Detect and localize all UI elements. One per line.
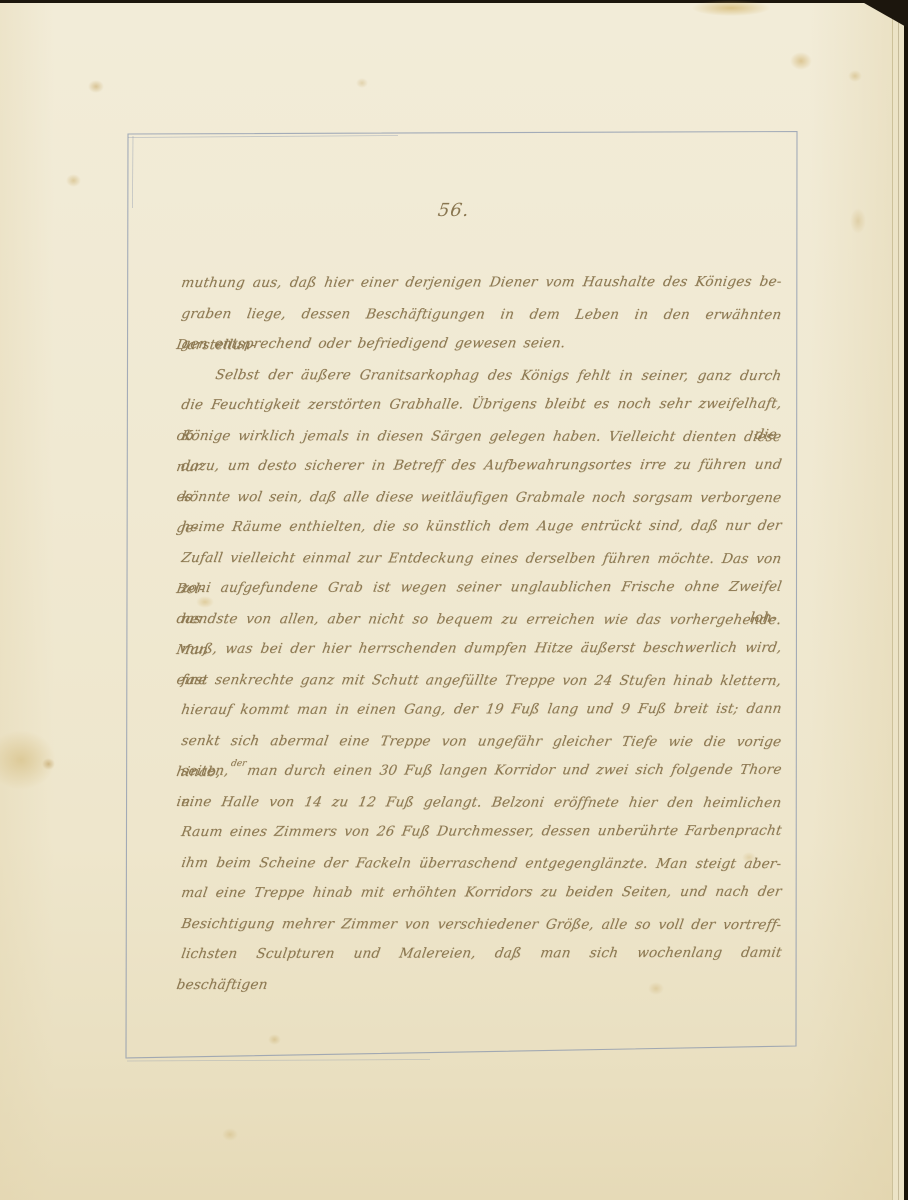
manuscript-line: heime Räume enthielten, die so künstlich… <box>179 511 784 543</box>
manuscript-line: könnte wol sein, daß alle diese weitläuf… <box>179 482 784 514</box>
manuscript-line: zoni aufgefundene Grab ist wegen seiner … <box>179 572 784 604</box>
manuscript-line: muthung aus, daß hier einer derjenigen D… <box>179 267 784 299</box>
manuscript-line: graben liege, dessen Beschäftigungen in … <box>179 299 784 331</box>
manuscript-line: Besichtigung mehrer Zimmer von verschied… <box>179 909 784 941</box>
manuscript-line: gen entsprechend oder befriedigend gewes… <box>179 328 784 360</box>
manuscript-line: fast senkrechte ganz mit Schutt angefüll… <box>179 665 784 697</box>
interlinear-insertion: der <box>230 760 247 769</box>
manuscript-line: ihm beim Scheine der Fackeln überraschen… <box>179 848 784 880</box>
page-number: 56. <box>437 200 472 221</box>
manuscript-line: Zufall vielleicht einmal zur Entdeckung … <box>179 543 784 575</box>
manuscript-photo: 56. muthung aus, daß hier einer derjenig… <box>0 0 908 1200</box>
manuscript-line: Selbst der äußere Granitsarkophag des Kö… <box>179 360 784 392</box>
manuscript-lines: muthung aus, daß hier einer derjenigen D… <box>179 268 779 970</box>
manuscript-line: Könige wirklich jemals in diesen Särgen … <box>179 421 784 453</box>
book-page-edges <box>892 0 904 1200</box>
manuscript-line: die Feuchtigkeit zerstörten Grabhalle. Ü… <box>179 389 784 421</box>
manuscript-line: hierauf kommt man in einen Gang, der 19 … <box>179 694 784 726</box>
page-edge-crease <box>898 0 899 1200</box>
manuscript-line: seiten,derman durch einen 30 Fuß langen … <box>179 755 784 787</box>
manuscript-line: dazu, um desto sicherer in Betreff des A… <box>179 450 784 482</box>
manuscript-line: eine Halle von 14 zu 12 Fuß gelangt. Bel… <box>179 787 784 819</box>
line-text: seiten, <box>180 763 230 779</box>
photo-background-top <box>0 0 908 3</box>
manuscript-line: nendste von allen, aber nicht so bequem … <box>179 604 784 636</box>
manuscript-line: muß, was bei der hier herrschenden dumpf… <box>179 633 784 665</box>
manuscript-line: lichsten Sculpturen und Malereien, daß m… <box>179 938 784 970</box>
photo-background-right <box>904 0 908 1200</box>
manuscript-line: mal eine Treppe hinab mit erhöhten Korri… <box>179 877 784 909</box>
manuscript-line: Raum eines Zimmers von 26 Fuß Durchmesse… <box>179 816 784 848</box>
manuscript-line: senkt sich abermal eine Treppe von ungef… <box>179 726 784 758</box>
